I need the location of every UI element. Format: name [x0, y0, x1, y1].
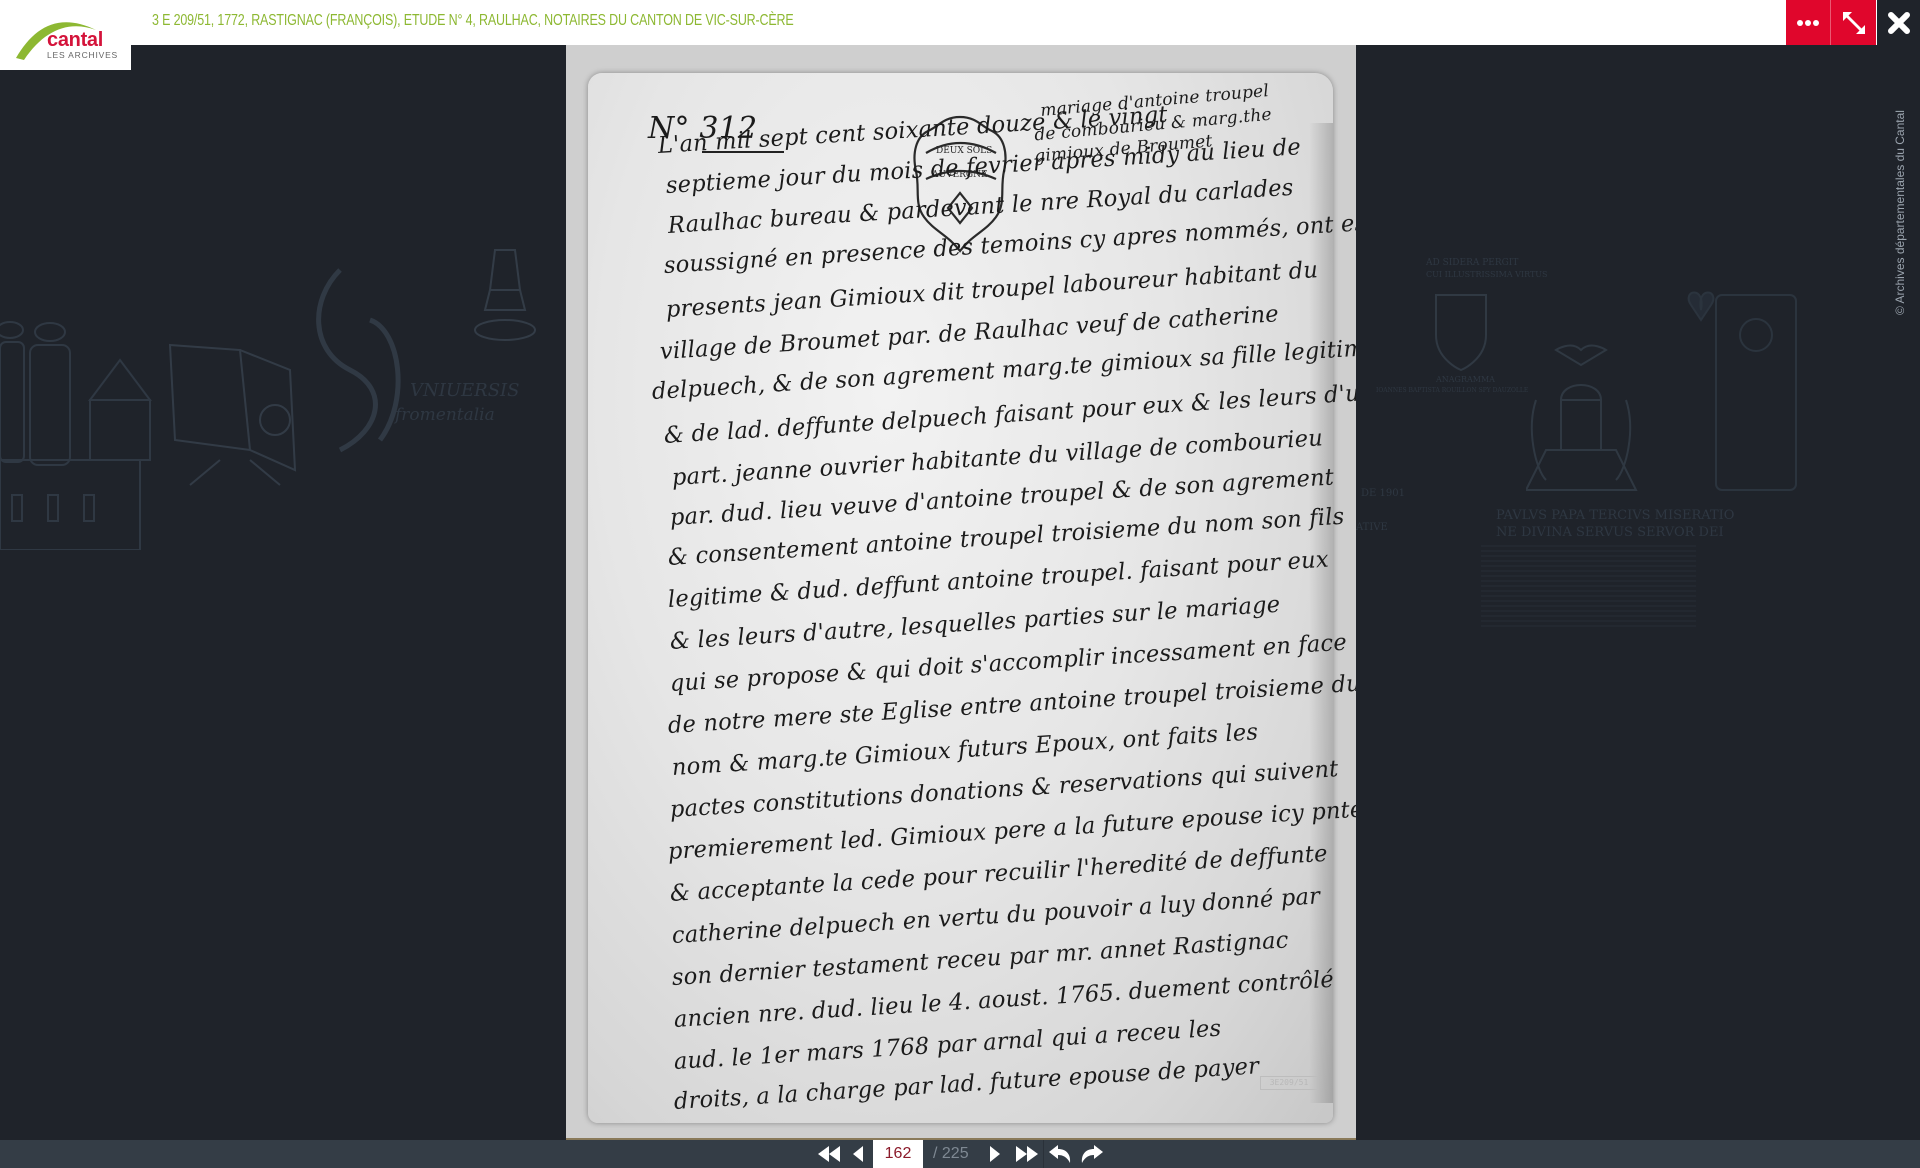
next-page-icon	[989, 1145, 1001, 1163]
deco-text: CUI ILLUSTRISSIMA VIRTUS	[1426, 270, 1548, 279]
deco-text-block	[1481, 545, 1696, 630]
camera-engraving-icon	[160, 340, 310, 490]
header-bar: 3 E 209/51, 1772, RASTIGNAC (FRANÇOIS), …	[0, 0, 1920, 45]
previous-page-button[interactable]	[848, 1140, 868, 1168]
figures-engraving-icon	[0, 300, 170, 550]
rotate-left-icon	[1048, 1144, 1072, 1164]
close-icon	[1888, 12, 1910, 34]
deco-text: DE 1901	[1361, 488, 1405, 499]
nav-divider	[1043, 1140, 1044, 1168]
page-navigation-bar: / 225	[0, 1140, 1920, 1168]
ellipsis-icon	[1796, 19, 1820, 27]
vase-engraving-icon	[470, 240, 540, 350]
copyright-notice: © Archives départementales du Cantal	[1893, 110, 1907, 315]
current-page-input[interactable]	[873, 1140, 923, 1168]
prev-page-icon	[852, 1145, 864, 1163]
playing-card-king-icon	[1676, 285, 1806, 495]
document-image-viewer[interactable]: N° 312 DEUX SOLS AUVERGNE mariage d'anto…	[566, 45, 1356, 1140]
expand-icon	[1841, 10, 1867, 36]
deco-text: VNIUERSIS	[410, 380, 520, 401]
deco-text: AD SIDERA PERGIT	[1426, 258, 1518, 268]
deco-text: IOANNES BAPTISTA ROUILLON SPY DAUZOLLE	[1376, 387, 1528, 394]
next-page-button[interactable]	[985, 1140, 1005, 1168]
rotate-left-button[interactable]	[1046, 1140, 1074, 1168]
logo-brand: cantal	[47, 29, 103, 52]
background-decoration-right: AD SIDERA PERGIT CUI ILLUSTRISSIMA VIRTU…	[1356, 240, 1886, 640]
temple-engraving-icon	[1526, 340, 1666, 500]
last-page-icon	[1015, 1145, 1039, 1163]
coat-of-arms-icon	[1426, 285, 1496, 375]
deco-text: ANAGRAMMA	[1436, 375, 1495, 384]
more-options-button[interactable]	[1786, 0, 1831, 45]
logo-subtitle: LES ARCHIVES	[47, 50, 118, 60]
deco-text: ATIVE	[1356, 522, 1388, 533]
first-page-button[interactable]	[815, 1140, 843, 1168]
rotate-right-button[interactable]	[1078, 1140, 1106, 1168]
archive-mark: 3E209/51	[1260, 1076, 1318, 1090]
close-button[interactable]	[1877, 0, 1920, 45]
fullscreen-button[interactable]	[1831, 0, 1876, 45]
calligraphy-letter-icon	[300, 260, 420, 460]
rotate-right-icon	[1080, 1144, 1104, 1164]
first-page-icon	[817, 1145, 841, 1163]
deco-text: NE DIVINA SERVUS SERVOR DEI	[1496, 525, 1724, 540]
deco-text: PAVLVS PAPA TERCIVS MISERATIO	[1496, 508, 1734, 523]
total-pages: / 225	[933, 1145, 969, 1163]
cantal-archives-logo[interactable]: cantal LES ARCHIVES	[0, 0, 131, 70]
page-title: 3 E 209/51, 1772, RASTIGNAC (FRANÇOIS), …	[152, 12, 794, 30]
deco-text: fromentalia	[395, 405, 495, 425]
background-decoration: VNIUERSIS fromentalia	[0, 240, 566, 540]
manuscript-page: N° 312 DEUX SOLS AUVERGNE mariage d'anto…	[588, 73, 1333, 1123]
last-page-button[interactable]	[1013, 1140, 1041, 1168]
